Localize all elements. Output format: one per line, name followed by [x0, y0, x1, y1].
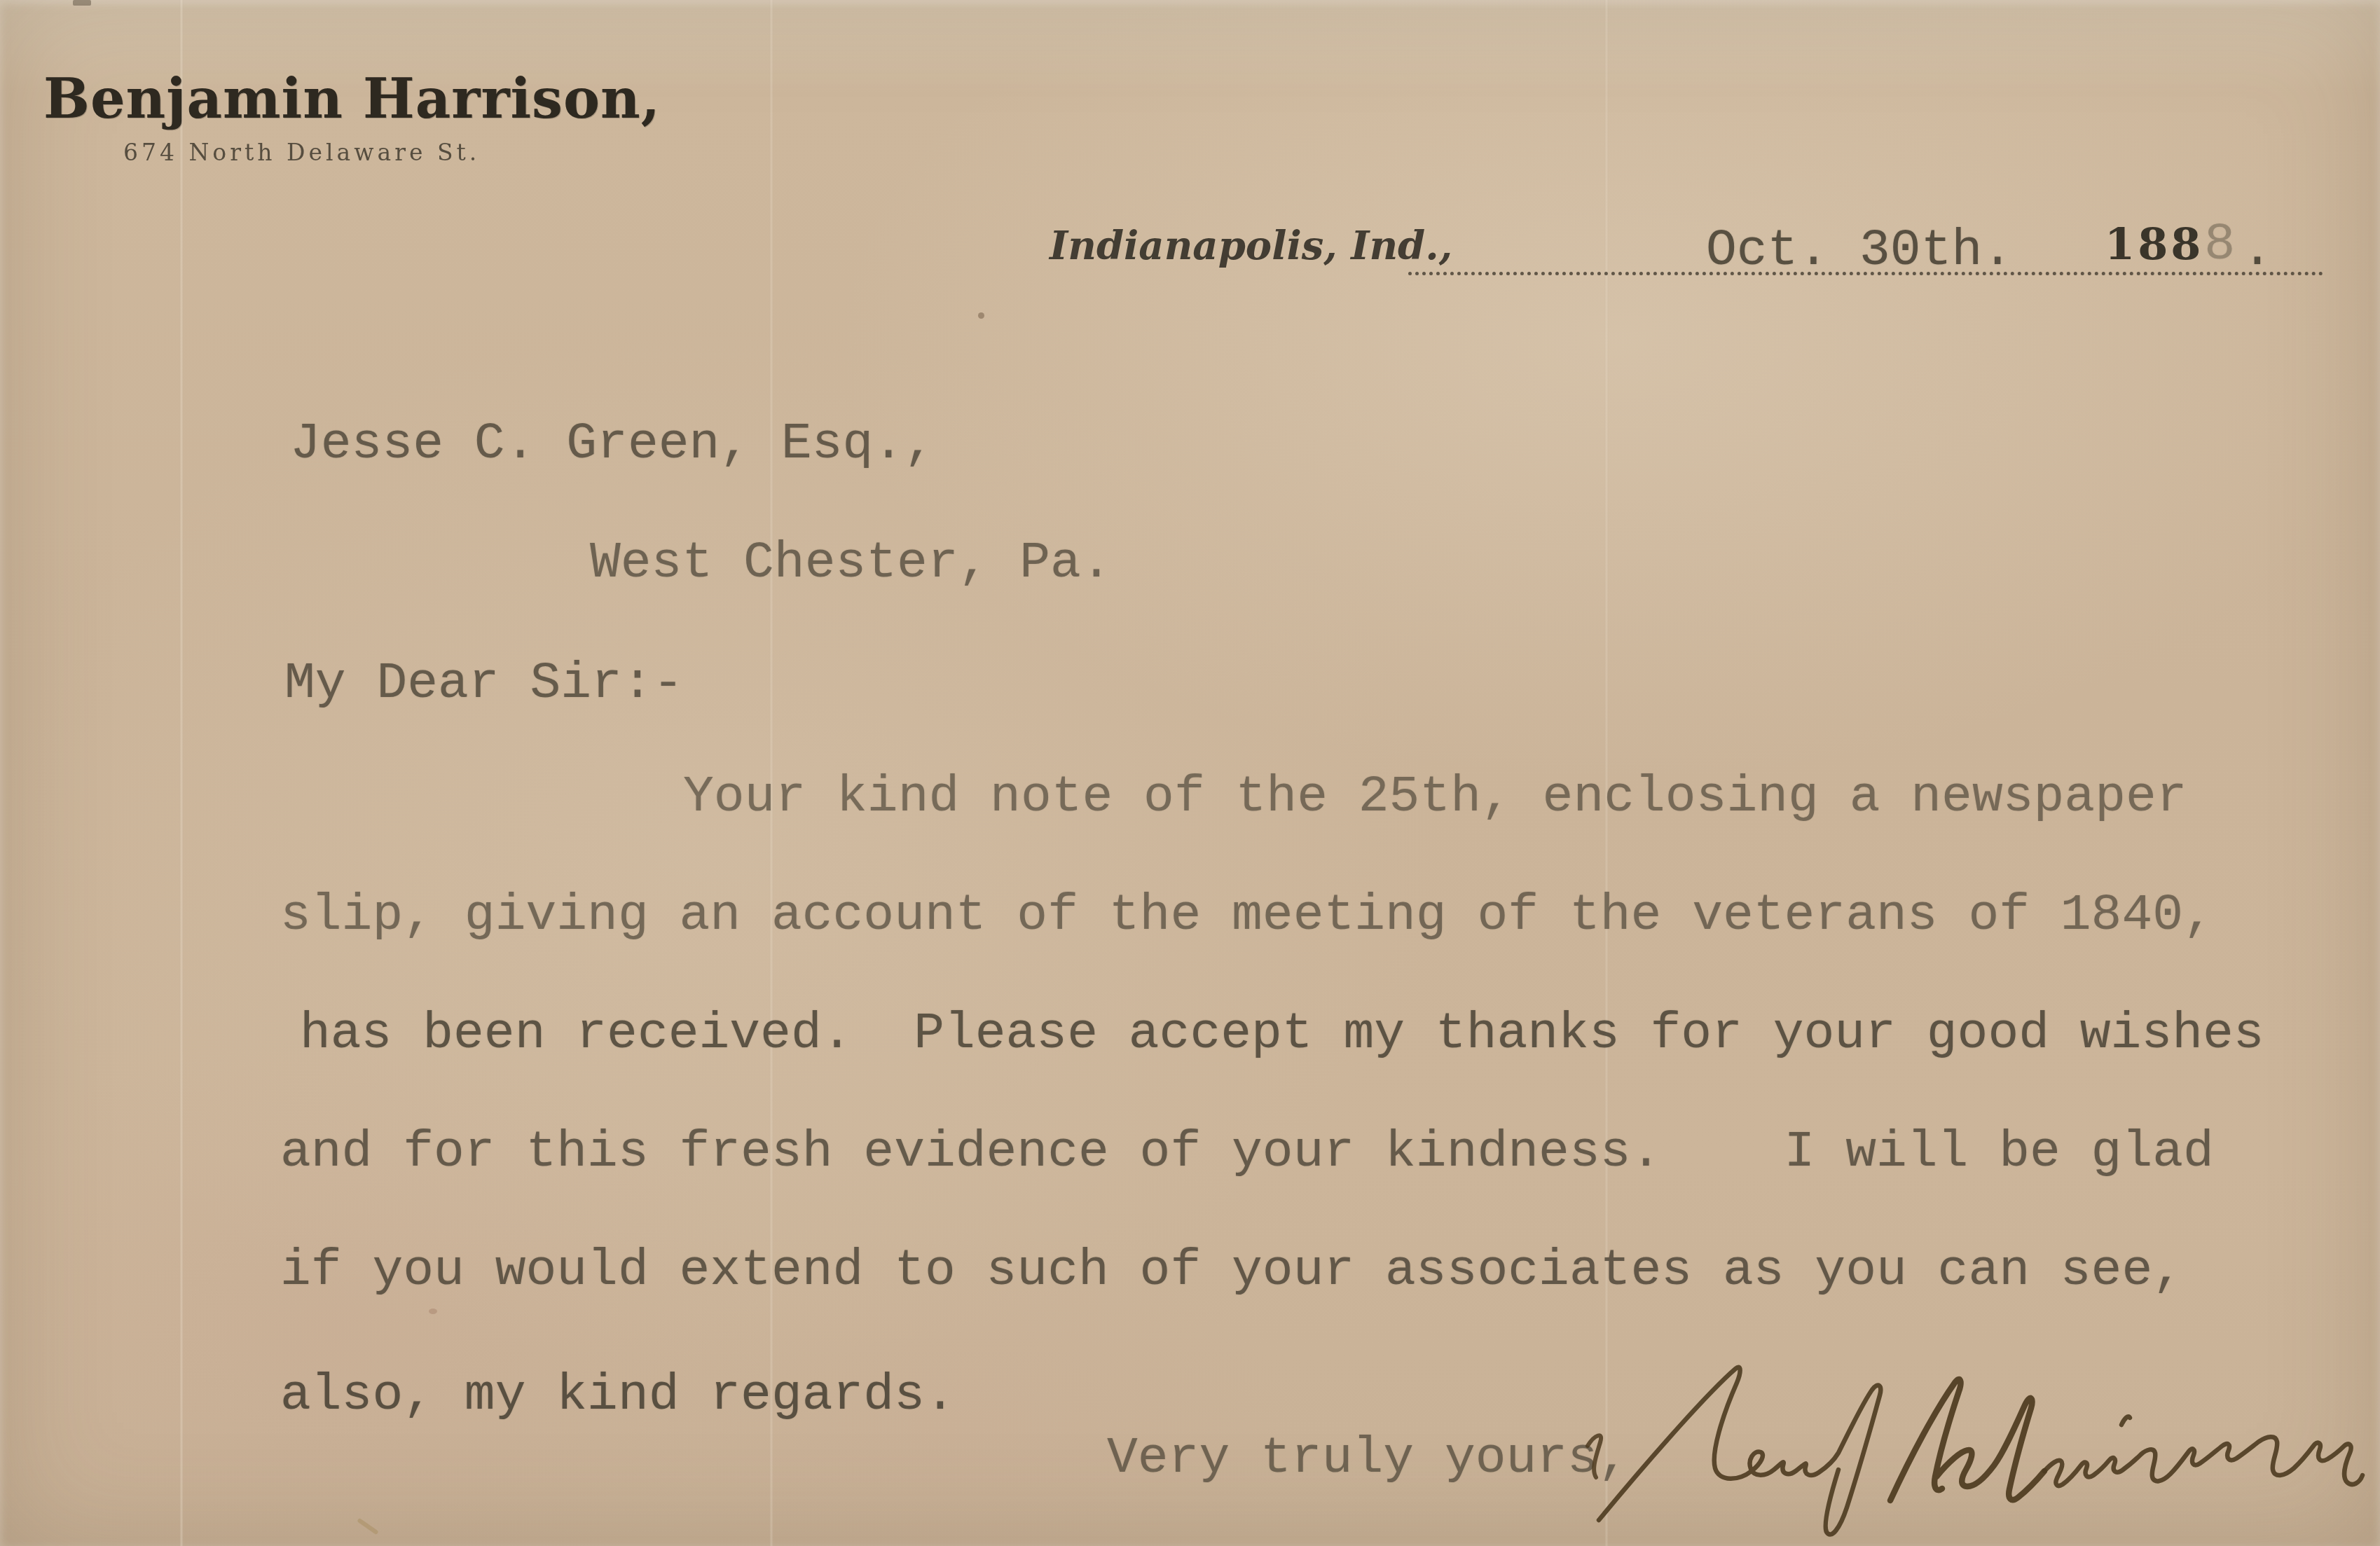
signature-benjamin-harrison	[1561, 1339, 2374, 1546]
dateline-date: Oct. 30th.	[1706, 221, 2013, 279]
body-line-1: Your kind note of the 25th, enclosing a …	[683, 768, 2187, 826]
dateline-year-printed: 188	[2105, 219, 2203, 270]
ink-speck	[978, 312, 984, 319]
dateline-period: .	[2242, 221, 2273, 279]
recipient-name: Jesse C. Green, Esq.,	[290, 415, 935, 473]
letter-document: Benjamin Harrison, 674 North Delaware St…	[0, 0, 2380, 1546]
letterhead-name: Benjamin Harrison,	[43, 67, 661, 131]
valediction: Very truly yours,	[1107, 1429, 1629, 1487]
body-line-3: has been received. Please accept my than…	[300, 1005, 2264, 1063]
paper-stain	[429, 1309, 437, 1314]
dateline-year-typed-digit: 8	[2204, 216, 2235, 275]
body-line-4: and for this fresh evidence of your kind…	[280, 1123, 2214, 1181]
recipient-address: West Chester, Pa.	[590, 534, 1112, 592]
body-line-5: if you would extend to such of your asso…	[280, 1241, 2183, 1299]
dateline-place: Indianapolis, Ind.,	[1050, 223, 1452, 269]
paper-nick	[73, 0, 91, 6]
paper-fiber	[357, 1518, 378, 1535]
body-line-2: slip, giving an account of the meeting o…	[280, 886, 2214, 944]
salutation: My Dear Sir:-	[284, 654, 684, 712]
body-line-6: also, my kind regards.	[280, 1366, 956, 1424]
letterhead-address: 674 North Delaware St.	[123, 139, 480, 166]
fold-crease-left	[179, 0, 184, 1546]
